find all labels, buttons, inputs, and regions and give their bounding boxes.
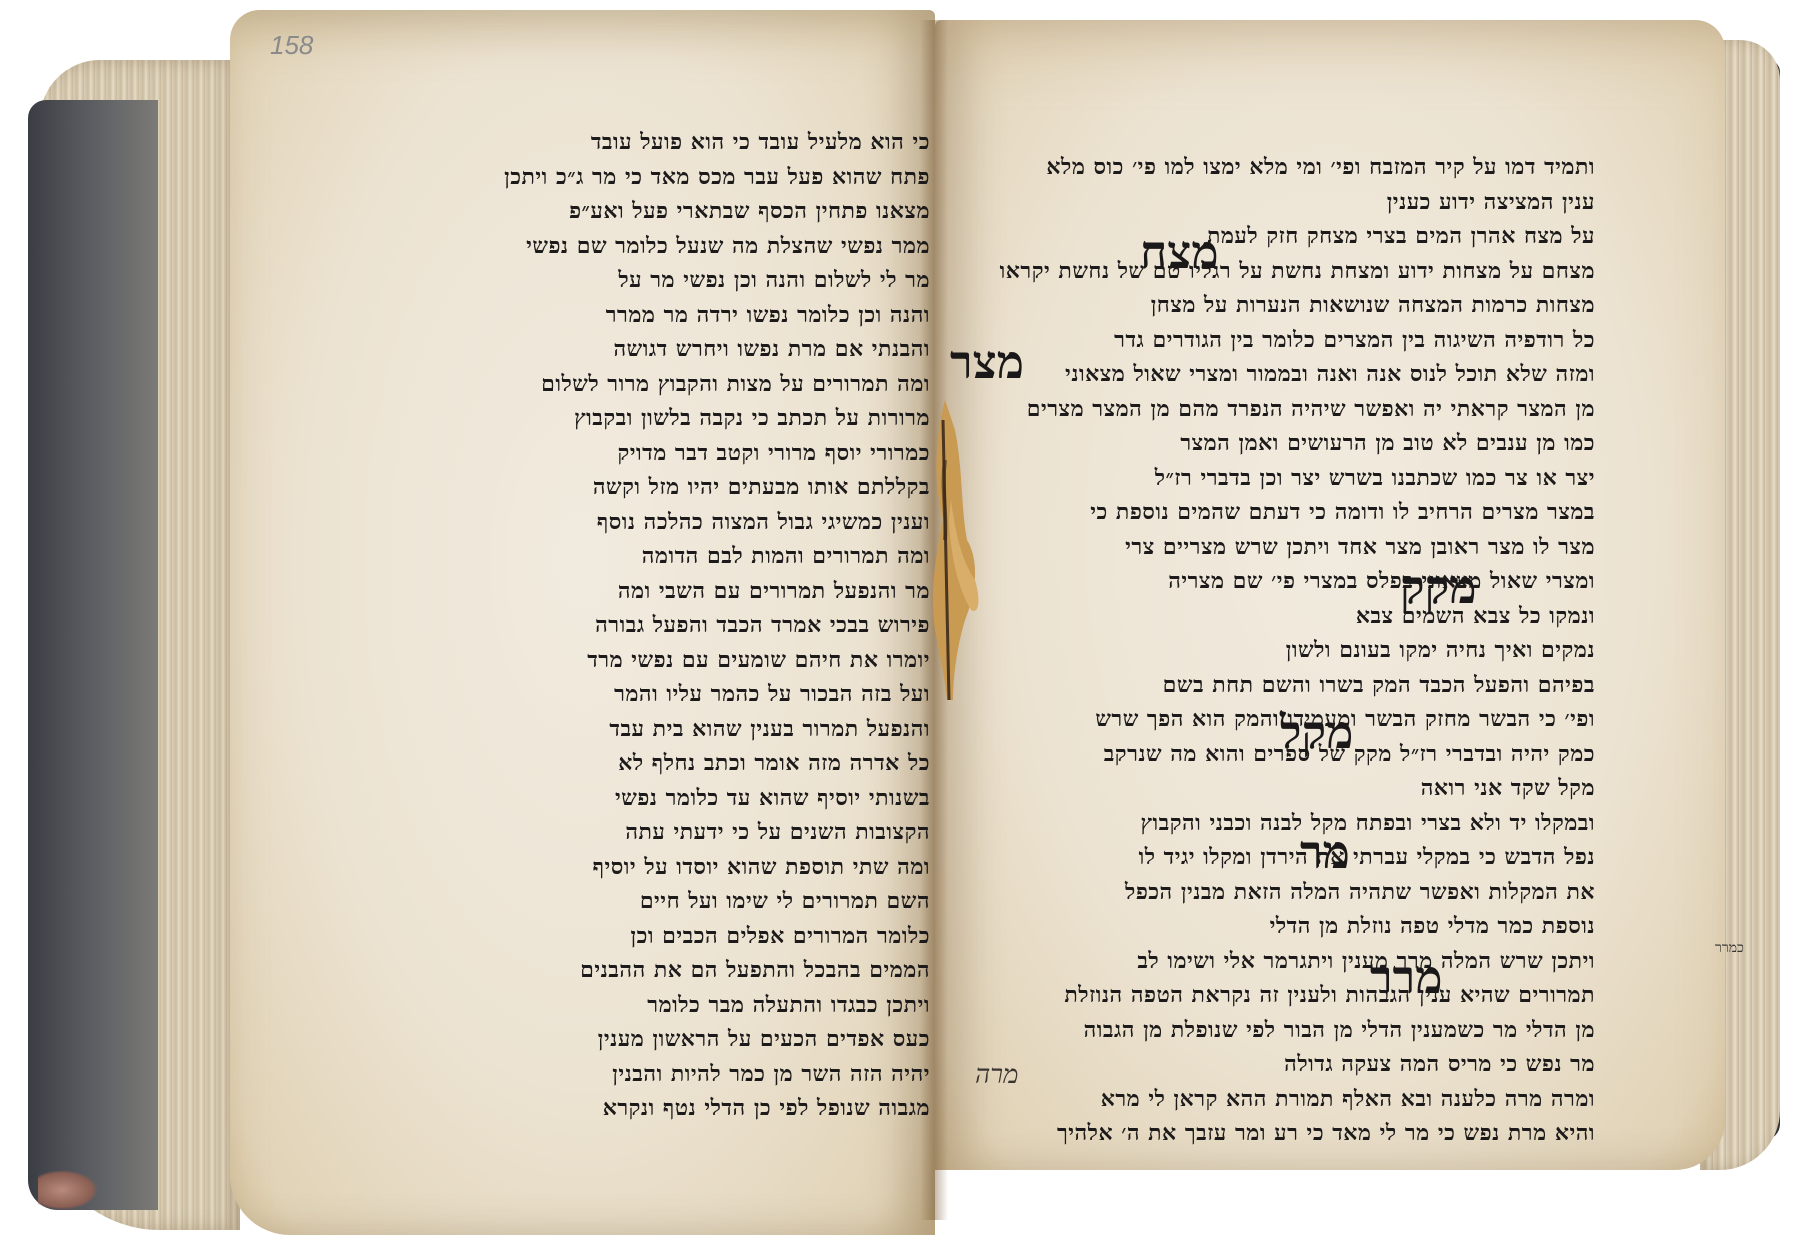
text-line: מגבוה שנופל לפי כן הדלי נטף ונקרא xyxy=(400,1091,930,1126)
text-line: הממים בהבכל והתפעל הם את ההבנים xyxy=(400,953,930,988)
text-line: והנה וכן כלומר נפשו ירדה מר ממרר xyxy=(400,298,930,333)
headword: מקק xyxy=(1400,560,1477,614)
text-line: ותמיד דמו על קיר המזבח ופי׳ ומי מלא ימצו… xyxy=(945,150,1595,185)
margin-note: כמרר xyxy=(1715,940,1744,957)
text-line: נמקים ואיך נחיה ימקו בעונם ולשון xyxy=(945,633,1595,668)
binding-thread xyxy=(38,1170,98,1210)
text-line: פירוש בבכי אמרד הכבד והפעל גבורה xyxy=(400,608,930,643)
text-line: נפל הדבש כי במקלי עברתי את הירדן ומקלו י… xyxy=(945,840,1595,875)
text-line: מצר לו מצר ראובן מצר אחד ויתכן שרש מצריי… xyxy=(945,530,1595,565)
text-line: ומה תמרורים על מצות והקבוץ מרור לשלום xyxy=(400,367,930,402)
folio-number: 158 xyxy=(270,30,313,61)
text-line: במצר מצרים הרחיב לו ודומה כי דעתם שהמים … xyxy=(945,495,1595,530)
text-line: כמרורי יוסף מרורי וקטב דבר מדויק xyxy=(400,436,930,471)
text-line: ענין המציצה ידוע כענין xyxy=(945,185,1595,220)
text-line: ומרה מרה כלענה ובא האלף תמורת ההא קראן ל… xyxy=(945,1082,1595,1117)
text-line: מר והנפעל תמרורים עם השבי ומה xyxy=(400,574,930,609)
text-line: יצר או צר כמו שכתבנו בשרש יצר וכן בדברי … xyxy=(945,461,1595,496)
pressed-flower xyxy=(915,400,985,700)
text-line: מקל שקד אני רואה xyxy=(945,771,1595,806)
text-line: ומזה שלא תוכל לנוס אנה ואנה ובממור ומצרי… xyxy=(945,357,1595,392)
headword: מקל xyxy=(1280,705,1353,759)
text-line: מצחם על מצחות ידוע ומצחת נחשת על רגליו ט… xyxy=(945,254,1595,289)
catchword: מרה xyxy=(975,1060,1018,1090)
text-line: וענין כמשיגי גבול המצוה כהלכה נוסף xyxy=(400,505,930,540)
text-line: ויתכן שרש המלה מרר מענין ויתגרמר אלי ושי… xyxy=(945,944,1595,979)
text-line: כמק יהיה ובדברי רז״ל מקק של ספרים והוא מ… xyxy=(945,737,1595,772)
headword: מר xyxy=(1300,825,1350,879)
text-line: ובמקלו יד ולא בצרי ובפתח מקל לבנה וכבני … xyxy=(945,806,1595,841)
text-line: ועל בזה הבכור על כהמר עליו והמר xyxy=(400,677,930,712)
text-line: ונמקו כל צבא השמים צבא xyxy=(945,599,1595,634)
text-line: ומה תמרורים והמות לבם הדומה xyxy=(400,539,930,574)
text-line: בשנותי יוסיף שהוא עד כלומר נפשי xyxy=(400,781,930,816)
text-line: כלומר המרורים אפלים הכבים וכן xyxy=(400,919,930,954)
text-line: כמו מן ענבים לא טוב מן הרעושים ואמן המצר xyxy=(945,426,1595,461)
text-line: את המקלות ואפשר שתהיה המלה הזאת מבנין הכ… xyxy=(945,875,1595,910)
manuscript-photo: 158 כי הוא מלעיל עובד כי הוא פועל עובדפת… xyxy=(0,0,1800,1256)
text-line: והנפעל תמרור בענין שהוא בית עבד xyxy=(400,712,930,747)
text-line: ומה שתי תוספת שהוא יוסדו על יוסיף xyxy=(400,850,930,885)
left-page-text: כי הוא מלעיל עובד כי הוא פועל עובדפתח שה… xyxy=(400,125,930,1126)
text-line: בקללתם אותו מבעתים יהיו מזל וקשה xyxy=(400,470,930,505)
left-binding-board xyxy=(28,100,158,1210)
text-line: בפיהם והפעל הכבד המק בשרו והשם תחת בשם xyxy=(945,668,1595,703)
text-line: יהיה הזה השר מן כמר להיות והבנין xyxy=(400,1057,930,1092)
text-line: פתח שהוא פעל עבר מכס מאד כי מר ג״כ ויתכן xyxy=(400,160,930,195)
headword: מצר xyxy=(950,335,1024,389)
text-line: כל אדרה מזה אומר וכתב נחלף לא xyxy=(400,746,930,781)
text-line: מצחות כרמות המצחה שנושאות הנערות על מצחן xyxy=(945,288,1595,323)
text-line: יומרו את חיהם שומעים עם נפשי מרד xyxy=(400,643,930,678)
text-line: כי הוא מלעיל עובד כי הוא פועל עובד xyxy=(400,125,930,160)
text-line: מן המצר קראתי יה ואפשר שיהיה הנפרד מהם מ… xyxy=(945,392,1595,427)
text-line: מר נפש כי מריס המה צעקה גדולה xyxy=(945,1047,1595,1082)
text-line: נוספת כמר מדלי טפה נוזלת מן הדלי xyxy=(945,909,1595,944)
text-line: תמרורים שהיא ענין הגבהות ולענין זה נקראת… xyxy=(945,978,1595,1013)
text-line: מר לי לשלום והנה וכן נפשי מר על xyxy=(400,263,930,298)
text-line: והבנתי אם מרת נפשו ויחרש דגושה xyxy=(400,332,930,367)
text-line: מצאנו פתחין הכסף שבתארי פעל ואע״פ xyxy=(400,194,930,229)
text-line: ומצרי שאול מצאוני בפלס במצרי פי׳ שם מצרי… xyxy=(945,564,1595,599)
text-line: כעס אפדים הכעים על הראשון מענין xyxy=(400,1022,930,1057)
right-page-text: ותמיד דמו על קיר המזבח ופי׳ ומי מלא ימצו… xyxy=(945,150,1595,1151)
text-line: והיא מרת נפש כי מר לי מאד כי רע ומר עזבך… xyxy=(945,1116,1595,1151)
text-line: כל רודפיה השיגוה בין המצרים כלומר בין הג… xyxy=(945,323,1595,358)
headword: מצח xyxy=(1140,225,1219,279)
text-line: השם תמרורים לי שימו ועל חיים xyxy=(400,884,930,919)
headword: מרר xyxy=(1370,950,1442,1004)
text-line: הקצובות השנים על כי ידעתי עתה xyxy=(400,815,930,850)
text-line: על מצח אהרן המים בצרי מצחק חזק לעמת xyxy=(945,219,1595,254)
text-line: ממר נפשי שהצלת מה שנעל כלומר שם נפשי xyxy=(400,229,930,264)
text-line: ויתכן כבגדו והתעלה מבר כלומר xyxy=(400,988,930,1023)
text-line: מן הדלי מר כשמענין הדלי מן הבור לפי שנופ… xyxy=(945,1013,1595,1048)
text-line: ופי׳ כי הבשר מחזק הבשר ומעמידו והמק הוא … xyxy=(945,702,1595,737)
text-line: מרורות על תכתב כי נקבה בלשון ובקבוץ xyxy=(400,401,930,436)
